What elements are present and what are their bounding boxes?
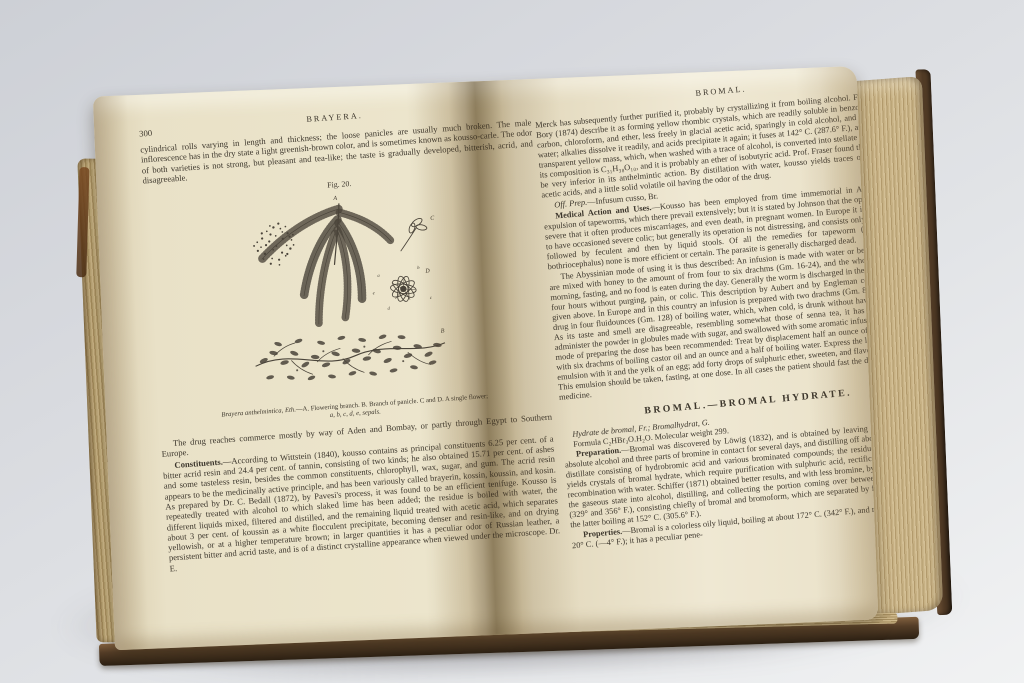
paragraph-lead: Off. Prep.: [554, 198, 588, 210]
botanical-illustration: A B C D a b c d e: [218, 184, 476, 407]
sepal-letter-b: b: [417, 265, 420, 270]
figure-wrap: A B C D a b c d e: [144, 179, 550, 414]
panicle-branch-B: [254, 328, 447, 385]
photo-background: 300 BRAYERA. cylindrical rolls varying i…: [0, 0, 1024, 683]
right-page: BROMAL. 301 Merck has subsequently furth…: [508, 66, 878, 642]
flower-detail-D: [389, 275, 418, 304]
open-book: 300 BRAYERA. cylindrical rolls varying i…: [75, 63, 953, 669]
sepal-letter-a: a: [377, 273, 380, 278]
sepal-letter-c: c: [430, 295, 432, 300]
letter-D: D: [424, 269, 430, 275]
page-block: 300 BRAYERA. cylindrical rolls varying i…: [93, 66, 879, 650]
letter-A: A: [332, 196, 337, 202]
sepal-letter-e: e: [373, 291, 375, 296]
sepal-letter-d: d: [387, 306, 390, 311]
letter-C: C: [430, 216, 435, 222]
flower-detail-C: [398, 217, 429, 252]
letter-B: B: [441, 329, 445, 335]
